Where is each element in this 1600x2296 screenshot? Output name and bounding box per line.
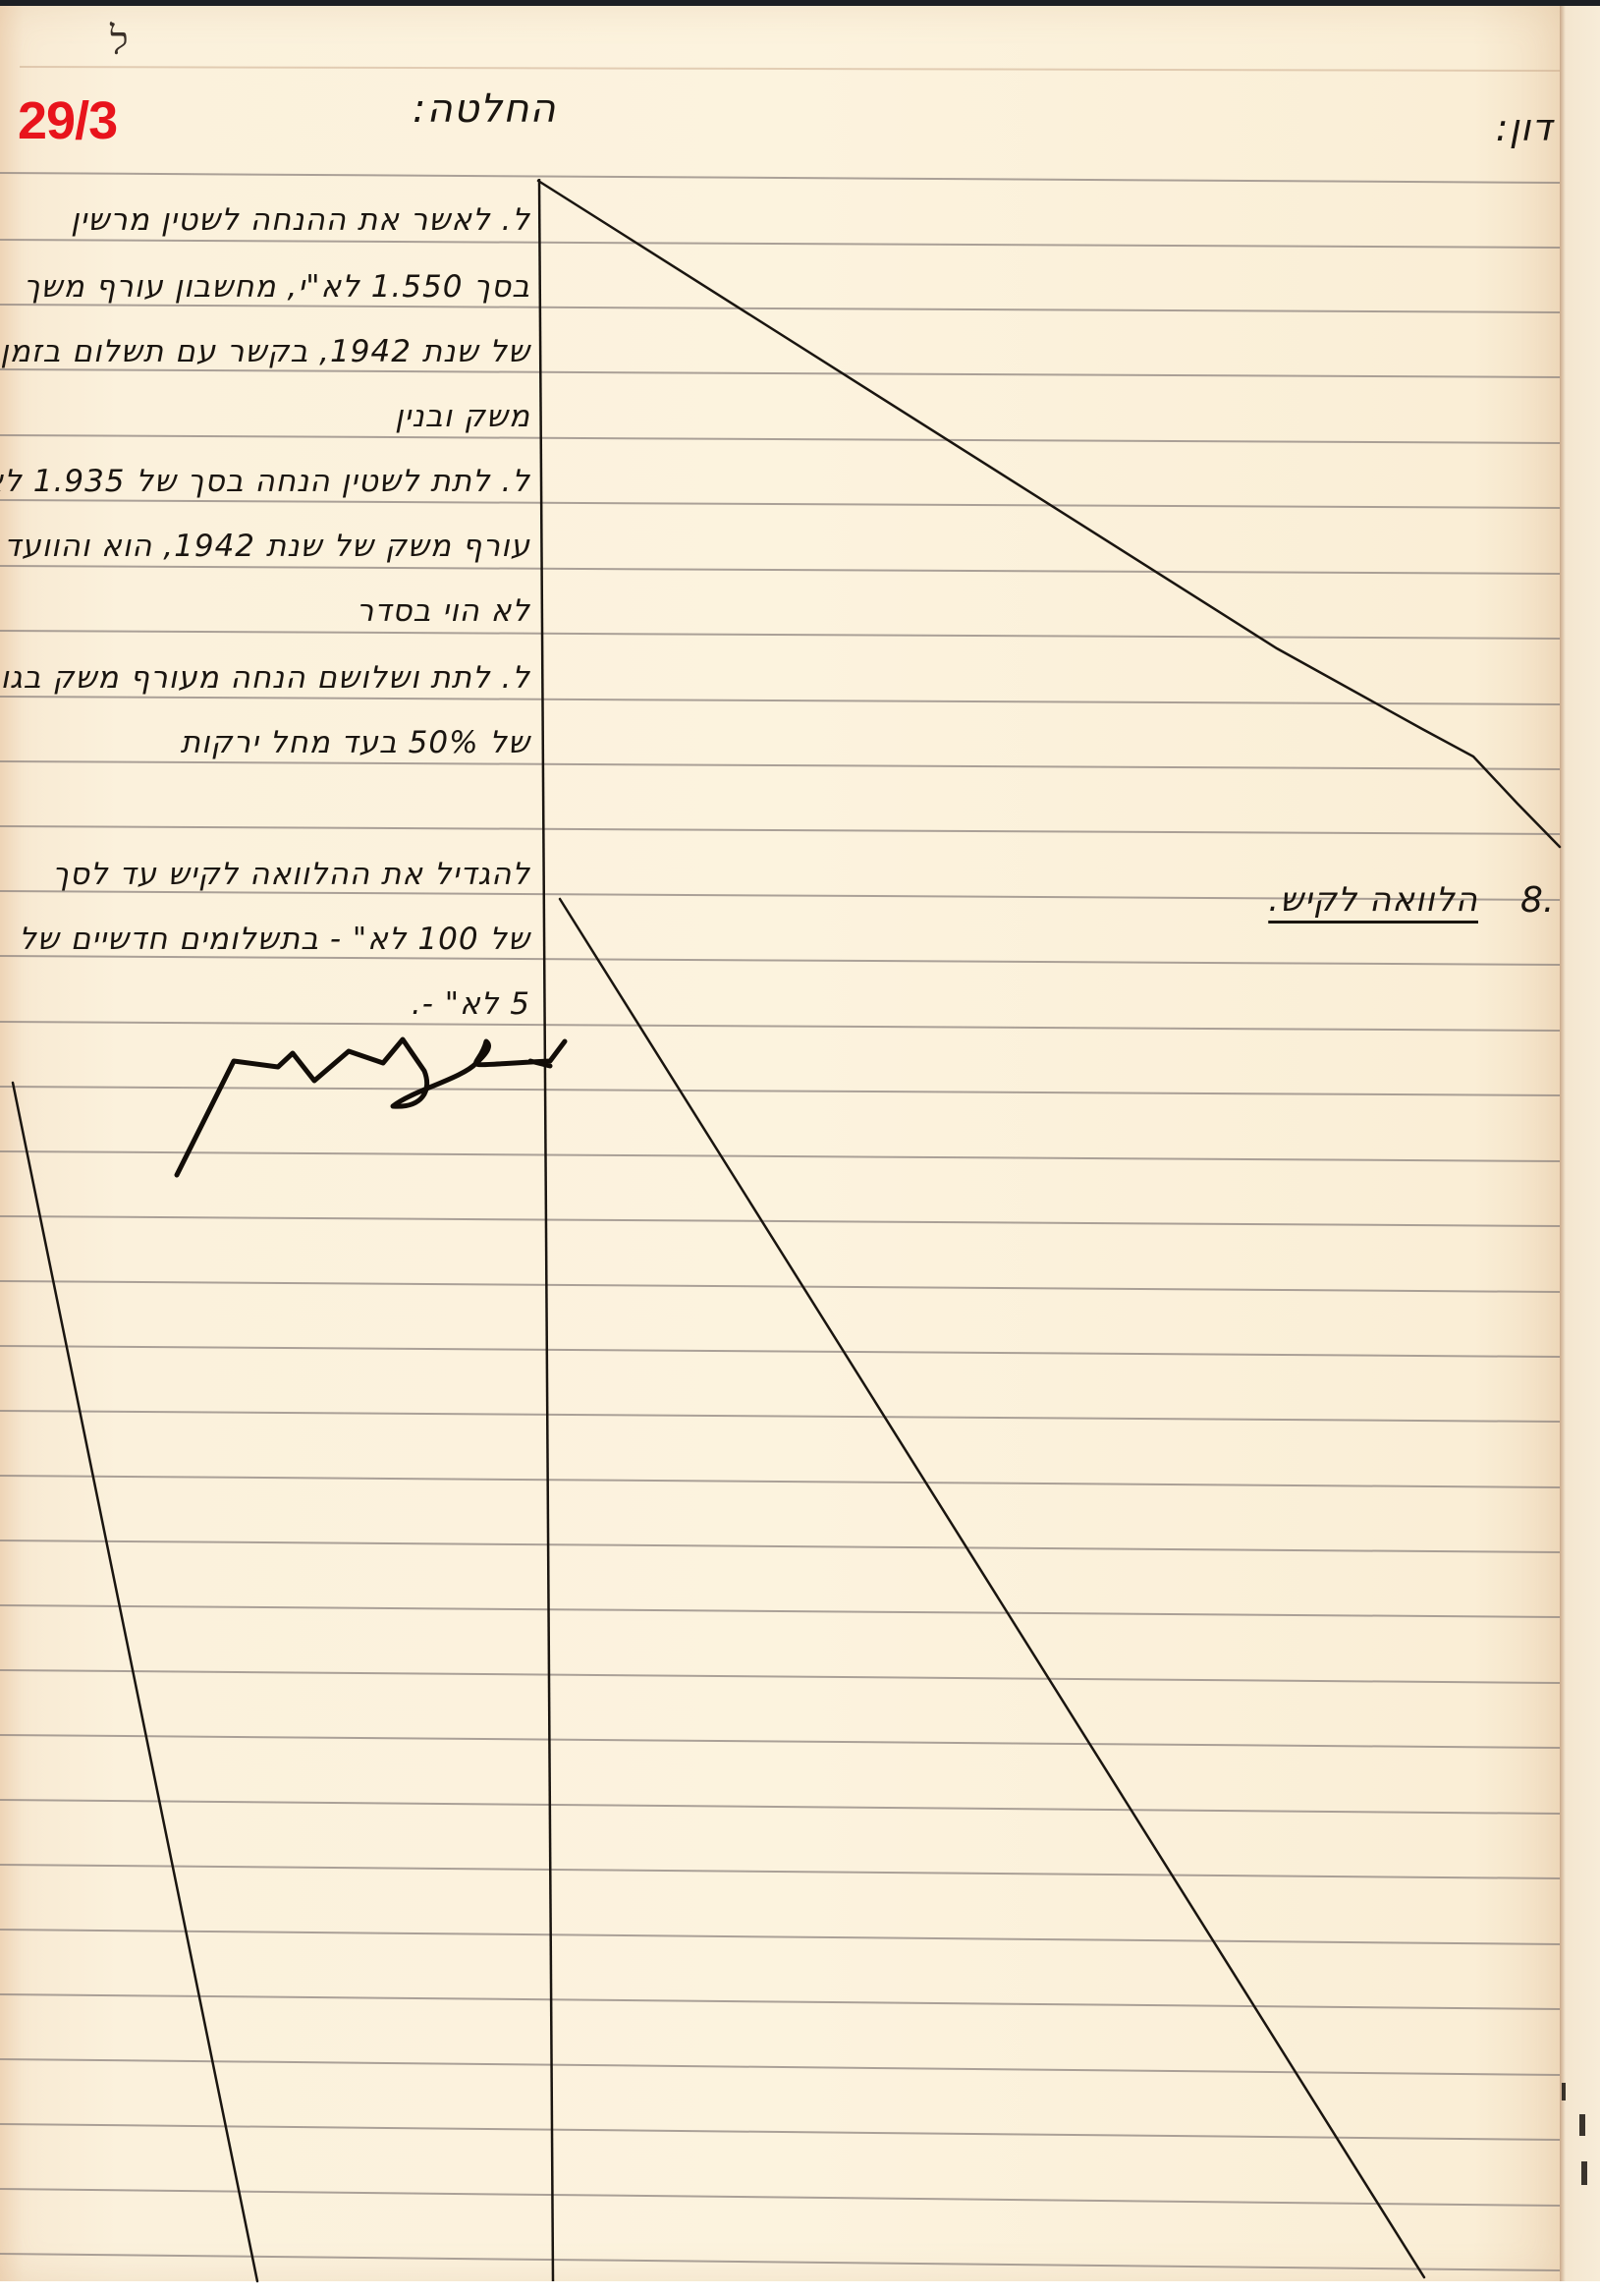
edge-marks [1562, 2083, 1587, 2185]
agenda-item-number: 8. [1520, 880, 1554, 921]
resolution-line: 5 לא" -. [412, 986, 530, 1022]
resolution-line: ל. לתת לשטין הנחה בסך של 1.935 לא"י [0, 464, 530, 499]
agenda-item-title: הלוואה לקיש. [1268, 880, 1478, 920]
discussion-header: דון: [1496, 106, 1553, 149]
resolution-line: להגדיל את ההלוואה לקיש עד לסך [52, 857, 530, 892]
resolution-line: בסך 1.550 לא"י, מחשבון עורף משך [24, 269, 530, 305]
resolution-line: של 100 לא" - בתשלומים חדשיים של [19, 922, 530, 957]
resolution-line: ל. לתת ושלושם הנחה מעורף משק בגובה [0, 660, 530, 696]
resolution-header: החלטה: [413, 86, 557, 132]
resolution-line: עורף משק של שנת 1942, הוא והוועד [4, 529, 530, 564]
resolution-line: משק ובנין [395, 399, 530, 434]
margin-line [539, 179, 553, 2281]
header-rule [20, 67, 1560, 71]
resolution-line: של שנת 1942, בקשר עם תשלום בזמן [0, 334, 530, 369]
resolution-line: לא הוי בסדר [357, 593, 530, 629]
page-number-mark: ל [110, 18, 129, 64]
resolution-line: ל. לאשר את ההנחה לשטין מרשין [71, 202, 530, 238]
bleed-through-text: ﾠ [344, 26, 372, 69]
resolution-line: של 50% בעד מחל ירקות [181, 725, 530, 760]
date-stamp: 29/3 [18, 90, 117, 151]
